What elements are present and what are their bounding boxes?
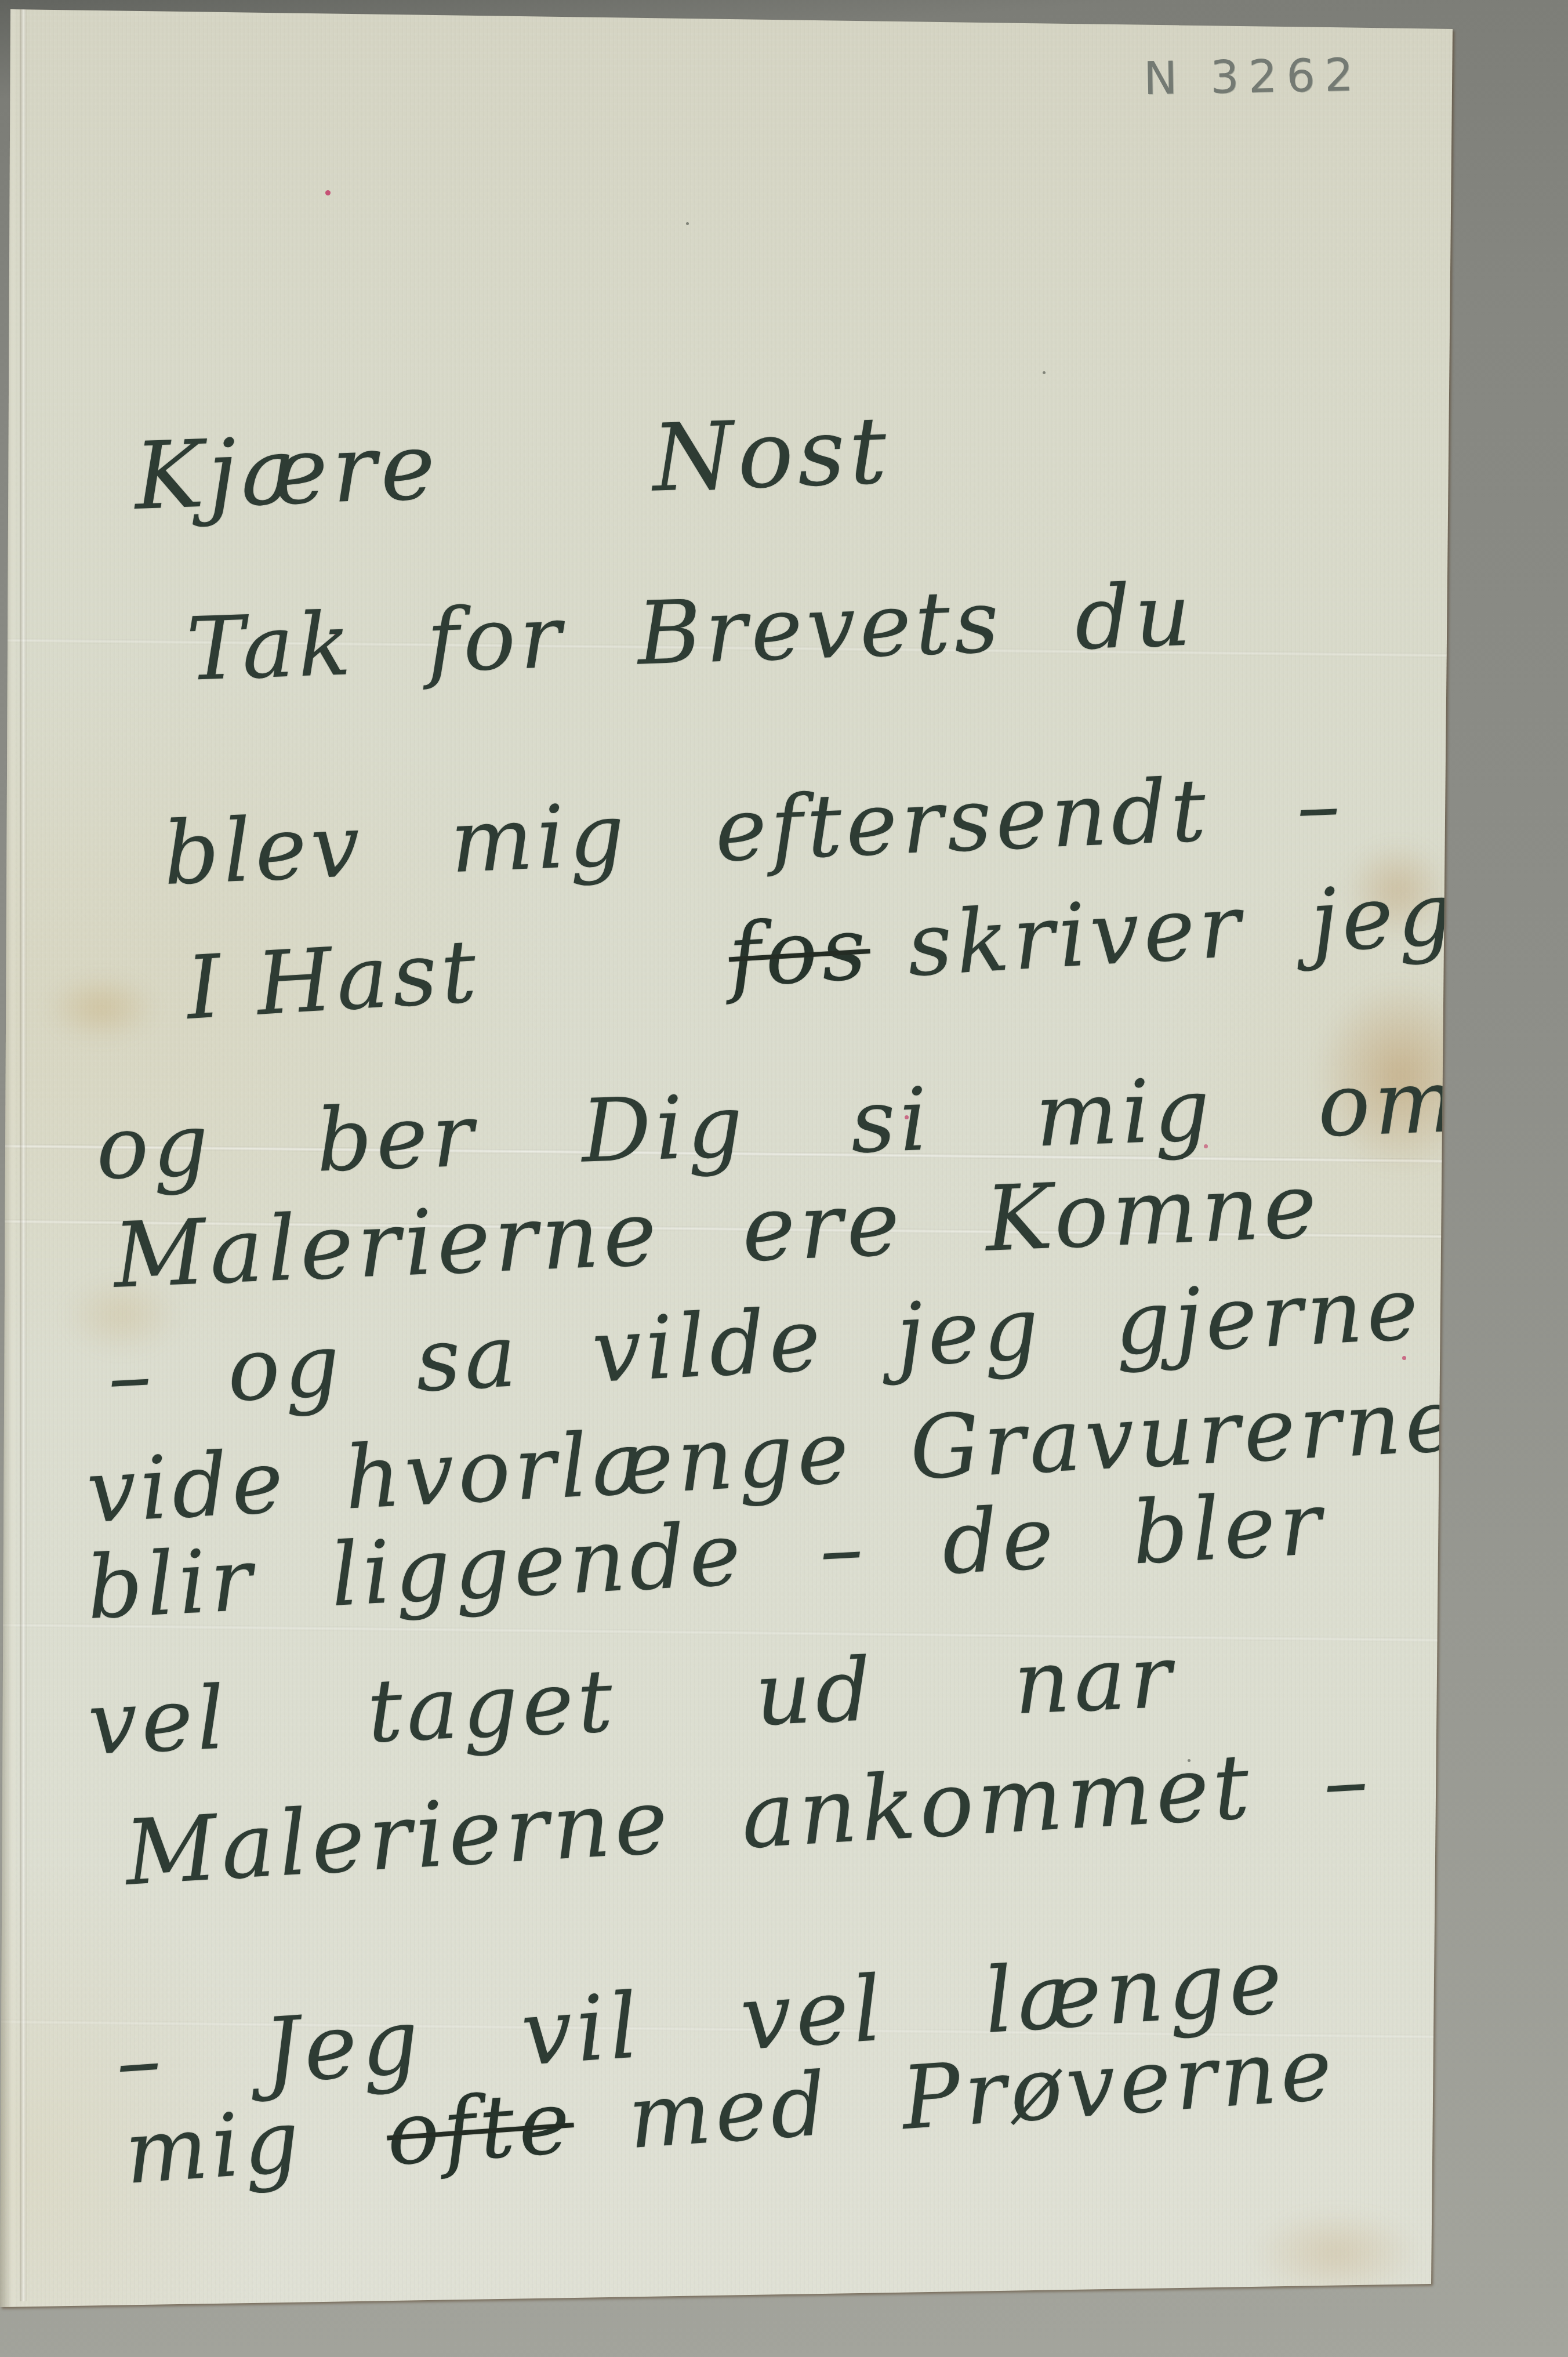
left-fold-crease (20, 5, 27, 2301)
stain (1253, 2210, 1421, 2297)
pink-fleck (325, 190, 331, 195)
left-deckle-edge (0, 0, 17, 2357)
archive-number-pencil: N 3262 (1143, 49, 1363, 106)
letter-paper: N 3262 Kjære Nost Tak for Brevets du ble… (0, 0, 1568, 2357)
line-4-text-pre: I Hast (184, 921, 483, 1039)
fiber-speck (686, 222, 689, 225)
letter-scan-page: N 3262 Kjære Nost Tak for Brevets du ble… (0, 0, 1568, 2357)
handwriting-line-1: Kjære Nost (133, 404, 892, 523)
stain (46, 974, 157, 1041)
paper-sheet: N 3262 Kjære Nost Tak for Brevets du ble… (0, 0, 1568, 2357)
line-13-text-pre: mig (122, 2091, 307, 2204)
line-4-struck-word: fos (726, 898, 873, 1007)
fiber-speck (1043, 371, 1046, 374)
line-13-struck-word: ofte (383, 2072, 577, 2185)
